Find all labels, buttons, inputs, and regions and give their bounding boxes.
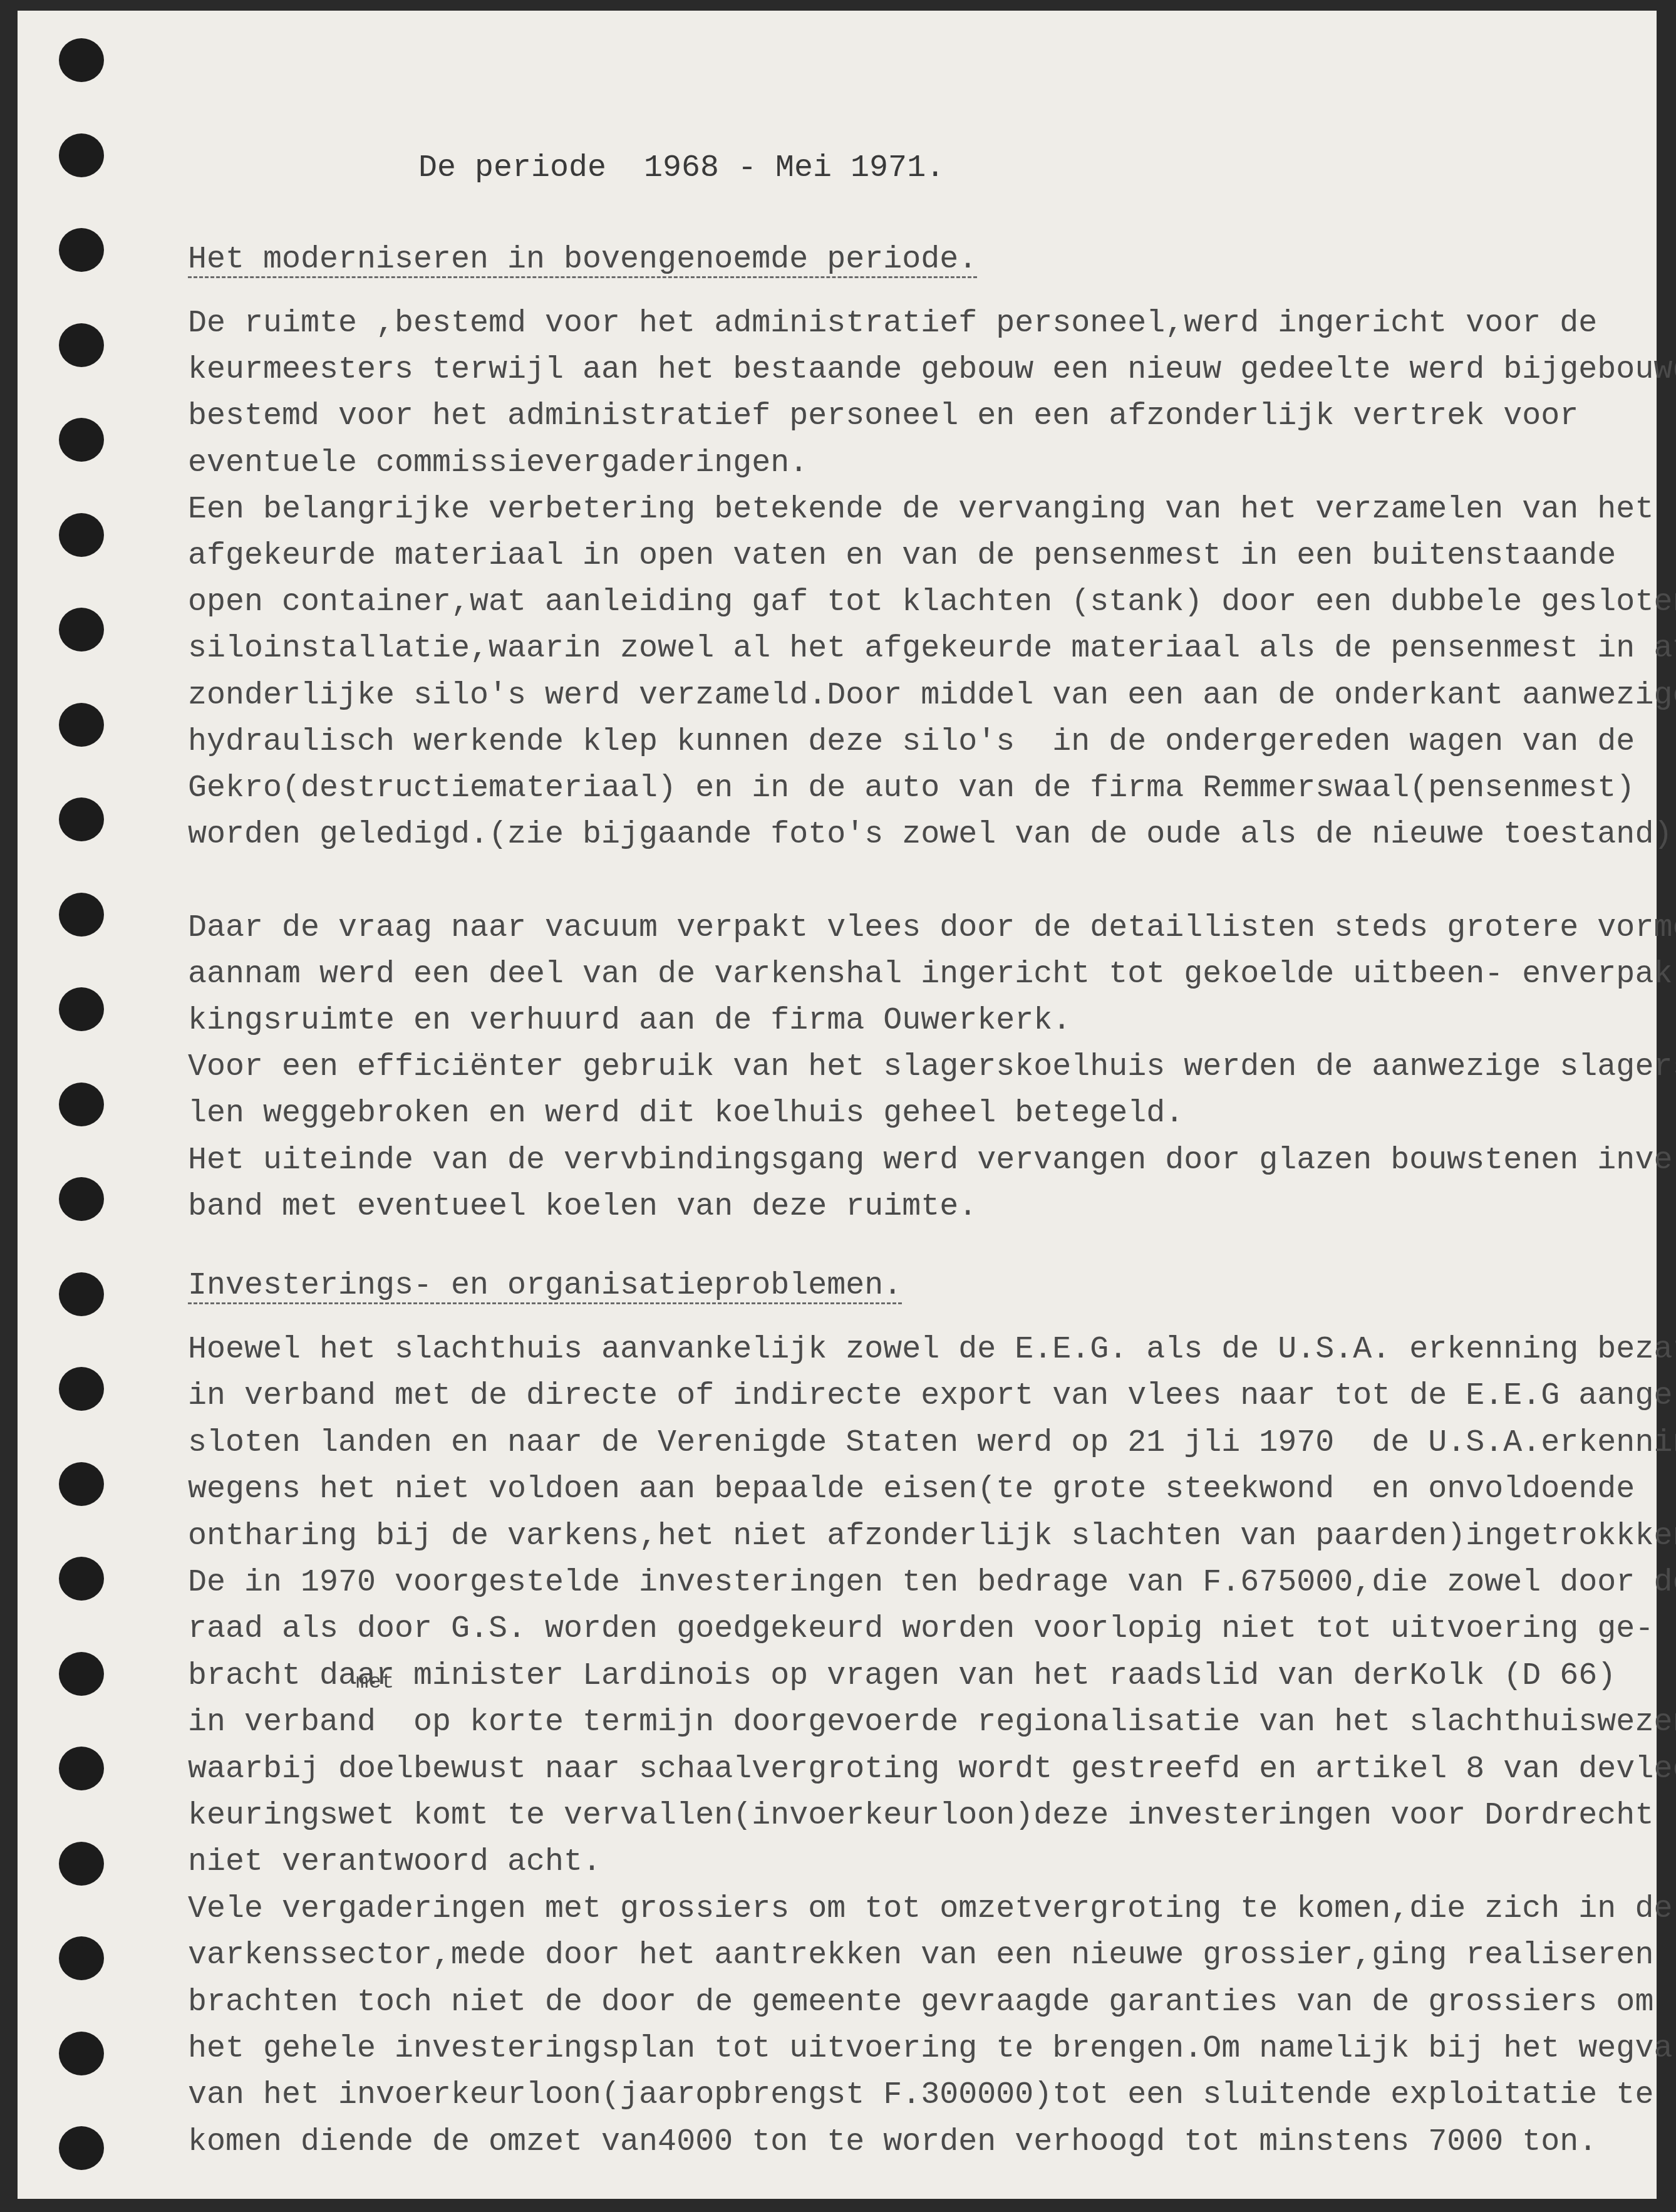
punch-hole <box>59 797 104 841</box>
text-line: De in 1970 voorgestelde investeringen te… <box>188 1564 1676 1602</box>
text-line: band met eventueel koelen van deze ruimt… <box>188 1188 977 1226</box>
text-line: zonderlijke silo's werd verzameld.Door m… <box>188 677 1676 715</box>
text-line: worden geledigd.(zie bijgaande foto's zo… <box>188 816 1672 854</box>
text-line: waarbij doelbewust naar schaalvergroting… <box>188 1751 1676 1789</box>
document-page: De periode 1968 - Mei 1971. Het modernis… <box>18 11 1657 2199</box>
punch-hole <box>59 1557 104 1601</box>
text-line: len weggebroken en werd dit koelhuis geh… <box>188 1095 1184 1133</box>
punch-hole <box>59 418 104 462</box>
text-line: kingsruimte en verhuurd aan de firma Ouw… <box>188 1002 1071 1040</box>
punch-hole <box>59 1462 104 1506</box>
section-heading-investeringen: Investerings- en organisatieproblemen. <box>188 1267 902 1305</box>
text-line: in verband met de directe of indirecte e… <box>188 1378 1676 1415</box>
punch-hole <box>59 133 104 177</box>
punch-hole <box>59 1177 104 1221</box>
text-line: Gekro(destructiemateriaal) en in de auto… <box>188 770 1635 807</box>
text-line: het gehele investeringsplan tot uitvoeri… <box>188 2030 1676 2068</box>
text-line: varkenssector,mede door het aantrekken v… <box>188 1937 1653 1975</box>
text-line: wegens het niet voldoen aan bepaalde eis… <box>188 1471 1635 1508</box>
punch-hole <box>59 323 104 367</box>
text-line: ontharing bij de varkens,het niet afzond… <box>188 1518 1676 1555</box>
text-line: Voor een efficiënter gebruik van het sla… <box>188 1049 1676 1086</box>
text-line: open container,wat aanleiding gaf tot kl… <box>188 584 1676 621</box>
text-line: bracht daar minister Lardinois op vragen… <box>188 1658 1616 1695</box>
text-line: brachten toch niet de door de gemeente g… <box>188 1984 1653 2022</box>
text-line: van het invoerkeurloon(jaaropbrengst F.3… <box>188 2077 1653 2114</box>
punch-hole <box>59 1367 104 1411</box>
handwritten-insertion: met <box>356 1671 394 1695</box>
text-line: bestemd voor het administratief personee… <box>188 398 1578 435</box>
text-line: in verband op korte termijn doorgevoerde… <box>188 1704 1676 1742</box>
text-line: hydraulisch werkende klep kunnen deze si… <box>188 724 1635 761</box>
punch-hole <box>59 1652 104 1696</box>
text-line: keuringswet komt te vervallen(invoerkeur… <box>188 1797 1653 1835</box>
text-line: sloten landen en naar de Verenigde State… <box>188 1425 1676 1462</box>
punch-hole <box>59 1747 104 1790</box>
text-line: De ruimte ,bestemd voor het administrati… <box>188 305 1597 343</box>
text-line: keurmeesters terwijl aan het bestaande g… <box>188 351 1676 389</box>
text-line: Vele vergaderingen met grossiers om tot … <box>188 1891 1672 1928</box>
punch-hole <box>59 1083 104 1126</box>
text-line: Het uiteinde van de vervbindingsgang wer… <box>188 1142 1676 1180</box>
text-line: siloinstallatie,waarin zowel al het afge… <box>188 630 1676 668</box>
text-line: komen diende de omzet van4000 ton te wor… <box>188 2124 1597 2161</box>
text-line: niet verantwoord acht. <box>188 1844 601 1881</box>
punch-hole <box>59 513 104 557</box>
punch-hole <box>59 38 104 82</box>
punch-hole <box>59 703 104 747</box>
punch-hole <box>59 1272 104 1316</box>
text-line: raad als door G.S. worden goedgekeurd wo… <box>188 1611 1653 1648</box>
text-line: Hoewel het slachthuis aanvankelijk zowel… <box>188 1331 1676 1369</box>
punch-hole <box>59 228 104 272</box>
text-line: Daar de vraag naar vacuum verpakt vlees … <box>188 910 1676 947</box>
punch-hole <box>59 893 104 937</box>
section-heading-modernisering: Het moderniseren in bovengenoemde period… <box>188 241 977 279</box>
page-title: De periode 1968 - Mei 1971. <box>418 150 944 187</box>
text-line: Een belangrijke verbetering betekende de… <box>188 491 1653 529</box>
punch-hole <box>59 2032 104 2075</box>
punch-hole <box>59 987 104 1031</box>
punch-hole <box>59 1842 104 1886</box>
punch-hole <box>59 1936 104 1980</box>
text-line: afgekeurde materiaal in open vaten en va… <box>188 537 1616 575</box>
text-line: eventuele commissievergaderingen. <box>188 445 808 482</box>
punch-hole <box>59 2126 104 2170</box>
text-line: aannam werd een deel van de varkenshal i… <box>188 956 1676 994</box>
punch-hole <box>59 608 104 652</box>
